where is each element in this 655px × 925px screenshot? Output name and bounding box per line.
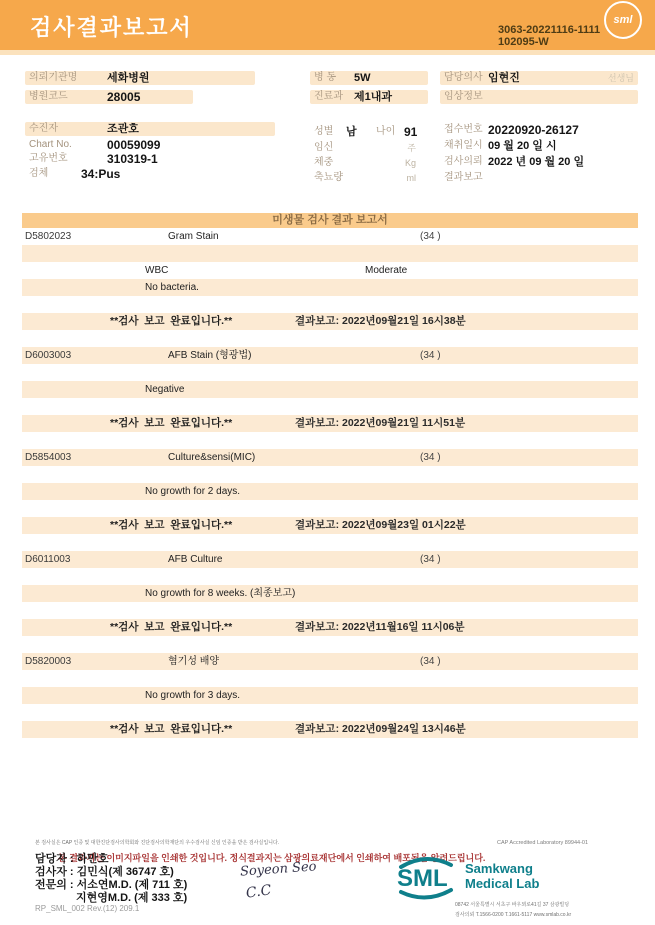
hospital-code-value: 28005 <box>107 90 140 104</box>
test-code: D6011003 <box>25 551 70 568</box>
urine-unit: ml <box>407 171 417 185</box>
table-row <box>22 330 638 347</box>
table-row: **검사 보고 완료입니다.**결과보고: 2022년09월23일 01시22분 <box>22 517 638 534</box>
result-flag: (34 ) <box>420 551 441 568</box>
table-row <box>22 704 638 721</box>
sex-value: 남 <box>346 125 376 139</box>
result-flag: (34 ) <box>420 653 441 670</box>
report-datetime: 결과보고: 2022년09월21일 16시38분 <box>295 313 466 330</box>
report-datetime: 결과보고: 2022년09월24일 13시46분 <box>295 721 466 738</box>
table-row <box>22 364 638 381</box>
result-value: Moderate <box>365 262 407 279</box>
field-hospital-code: 병원코드28005 <box>25 90 193 104</box>
table-row <box>22 670 638 687</box>
table-row <box>22 432 638 449</box>
test-name: Gram Stain <box>168 228 219 245</box>
receipt-no-value: 20220920-26127 <box>488 123 579 137</box>
document-code: RP_SML_002 Rev.(12) 209.1 <box>35 904 139 913</box>
table-row <box>22 296 638 313</box>
test-code: D6003003 <box>25 347 71 364</box>
test-code: D5802023 <box>25 228 71 245</box>
test-name: Culture&sensi(MIC) <box>168 449 255 466</box>
section-title-microbiology: 미생물 검사 결과 보고서 <box>22 213 638 228</box>
table-row <box>22 602 638 619</box>
serial-line2: 102095-W <box>498 36 549 48</box>
result-text: No growth for 8 weeks. (최종보고) <box>145 585 295 602</box>
report-serial: 3063-20221116-1111102095-W <box>498 24 600 48</box>
result-flag: (34 ) <box>420 347 441 364</box>
field-specimen: 검체34:Pus <box>25 167 275 181</box>
age-label: 나이 <box>376 125 404 139</box>
table-row: **검사 보고 완료입니다.**결과보고: 2022년09월21일 11시51분 <box>22 415 638 432</box>
result-text: No growth for 2 days. <box>145 483 240 500</box>
table-row <box>22 398 638 415</box>
field-report-date: 결과보고 <box>440 171 640 185</box>
table-row: D6003003AFB Stain (형광법)(34 ) <box>22 347 638 364</box>
test-name: AFB Stain (형광법) <box>168 347 251 364</box>
department-label: 진료과 <box>310 90 354 104</box>
sml-footer-logo-icon: SML <box>393 856 459 900</box>
institution-value: 세화병원 <box>107 71 150 85</box>
result-text: Negative <box>145 381 184 398</box>
request-date-label: 검사의뢰 <box>440 155 488 169</box>
pregnancy-label: 임신 <box>310 141 333 155</box>
completion-message: **검사 보고 완료입니다.** <box>110 619 232 636</box>
table-row: D5820003혐기성 배양(34 ) <box>22 653 638 670</box>
result-flag: (34 ) <box>420 228 441 245</box>
age-value: 91 <box>404 125 417 139</box>
patient-label: 수진자 <box>25 122 107 136</box>
doctor-label: 담당의사 <box>440 71 488 85</box>
uid-value: 310319-1 <box>107 152 158 166</box>
hospital-code-label: 병원코드 <box>25 90 107 104</box>
report-datetime: 결과보고: 2022년11월16일 11시06분 <box>295 619 465 636</box>
completion-message: **검사 보고 완료입니다.** <box>110 313 232 330</box>
field-doctor: 담당의사임현진선생님 <box>440 71 638 85</box>
specimen-label: 검체 <box>25 167 81 181</box>
sml-logo-icon: sml <box>604 1 642 39</box>
doctor-suffix: 선생님 <box>608 71 634 85</box>
field-ward: 병 동5W <box>310 71 428 85</box>
clinical-info-label: 임상정보 <box>440 90 488 104</box>
table-row: No growth for 8 weeks. (최종보고) <box>22 585 638 602</box>
result-text: No growth for 3 days. <box>145 687 240 704</box>
institution-label: 의뢰기관명 <box>25 71 107 85</box>
cap-accreditation-note: 본 검사실은 CAP 인증 및 대한진단검사의학회와 진단검사의학재단의 우수검… <box>35 839 505 846</box>
test-name: AFB Culture <box>168 551 222 568</box>
table-row: No growth for 2 days. <box>22 483 638 500</box>
field-clinical-info: 임상정보 <box>440 90 638 104</box>
field-weight: 체중Kg <box>310 156 422 170</box>
table-row: D5854003Culture&sensi(MIC)(34 ) <box>22 449 638 466</box>
table-row <box>22 534 638 551</box>
header-bottom-strip <box>0 50 655 55</box>
table-row <box>22 500 638 517</box>
page-title: 검사결과보고서 <box>30 11 193 42</box>
svg-text:SML: SML <box>397 865 448 892</box>
urine-label: 축뇨량 <box>310 171 343 185</box>
completion-message: **검사 보고 완료입니다.** <box>110 415 232 432</box>
field-department: 진료과제1내과 <box>310 90 428 104</box>
field-chart-no: Chart No.00059099 <box>25 138 275 152</box>
doctor-name: 임현진 <box>488 71 520 85</box>
chart-no-label: Chart No. <box>25 138 107 152</box>
completion-message: **검사 보고 완료입니다.** <box>110 721 232 738</box>
field-collection-date: 채취일시09 월 20 일 시 <box>440 139 640 153</box>
patient-name: 조관호 <box>107 122 139 136</box>
department-value: 제1내과 <box>354 90 392 104</box>
table-row: **검사 보고 완료입니다.**결과보고: 2022년09월24일 13시46분 <box>22 721 638 738</box>
table-row: No bacteria. <box>22 279 638 296</box>
sex-label: 성별 <box>310 125 346 139</box>
completion-message: **검사 보고 완료입니다.** <box>110 517 232 534</box>
weight-unit: Kg <box>405 156 416 170</box>
table-row <box>22 245 638 262</box>
result-flag: (34 ) <box>420 449 441 466</box>
test-code: D5854003 <box>25 449 71 466</box>
sml-company-name: SamkwangMedical Lab <box>465 861 539 891</box>
cap-accreditation-number: CAP Accredited Laboratory 89944-01 <box>497 840 588 846</box>
result-text: No bacteria. <box>145 279 199 296</box>
company-contact: 검사의뢰 T.1566-0200 T.1661-5117 www.smlab.c… <box>455 911 571 918</box>
field-sex-age: 성별남나이91 <box>310 125 435 139</box>
report-datetime: 결과보고: 2022년09월21일 11시51분 <box>295 415 465 432</box>
company-address: 08742 서울특별시 서초구 바우뫼로41길 37 삼광빌딩 <box>455 901 569 908</box>
signature-2: C.C <box>245 882 272 901</box>
staff-specialist-2: 지현영M.D. (제 333 호) <box>76 889 187 905</box>
report-datetime: 결과보고: 2022년09월23일 01시22분 <box>295 517 466 534</box>
request-date-value: 2022 년 09 월 20 일 <box>488 155 584 169</box>
table-row: **검사 보고 완료입니다.**결과보고: 2022년11월16일 11시06분 <box>22 619 638 636</box>
chart-no-value: 00059099 <box>107 138 160 152</box>
test-name: 혐기성 배양 <box>168 653 219 670</box>
pregnancy-unit: 주 <box>407 141 416 155</box>
field-pregnancy: 임신주 <box>310 141 422 155</box>
table-row <box>22 568 638 585</box>
ward-label: 병 동 <box>310 71 354 85</box>
table-row: **검사 보고 완료입니다.**결과보고: 2022년09월21일 16시38분 <box>22 313 638 330</box>
ward-value: 5W <box>354 71 371 85</box>
table-row <box>22 466 638 483</box>
report-date-label: 결과보고 <box>440 171 488 185</box>
table-row: WBCModerate <box>22 262 638 279</box>
specimen-value: 34:Pus <box>81 167 120 181</box>
table-row: Negative <box>22 381 638 398</box>
field-urine: 축뇨량ml <box>310 171 422 185</box>
weight-label: 체중 <box>310 156 333 170</box>
lab-report-page: 검사결과보고서 3063-20221116-1111102095-W sml 의… <box>0 0 655 925</box>
serial-line1: 3063-20221116-1111 <box>498 24 600 36</box>
field-uid: 고유번호310319-1 <box>25 152 275 166</box>
receipt-no-label: 접수번호 <box>440 123 488 137</box>
result-text: WBC <box>145 262 168 279</box>
test-code: D5820003 <box>25 653 71 670</box>
field-request-date: 검사의뢰2022 년 09 월 20 일 <box>440 155 640 169</box>
uid-label: 고유번호 <box>25 152 107 166</box>
field-patient: 수진자조관호 <box>25 122 275 136</box>
table-row: D6011003AFB Culture(34 ) <box>22 551 638 568</box>
table-row <box>22 636 638 653</box>
field-receipt-no: 접수번호20220920-26127 <box>440 123 640 137</box>
table-row: No growth for 3 days. <box>22 687 638 704</box>
collection-date-value: 09 월 20 일 시 <box>488 139 557 153</box>
table-row: D5802023Gram Stain(34 ) <box>22 228 638 245</box>
collection-date-label: 채취일시 <box>440 139 488 153</box>
field-institution: 의뢰기관명세화병원 <box>25 71 255 85</box>
